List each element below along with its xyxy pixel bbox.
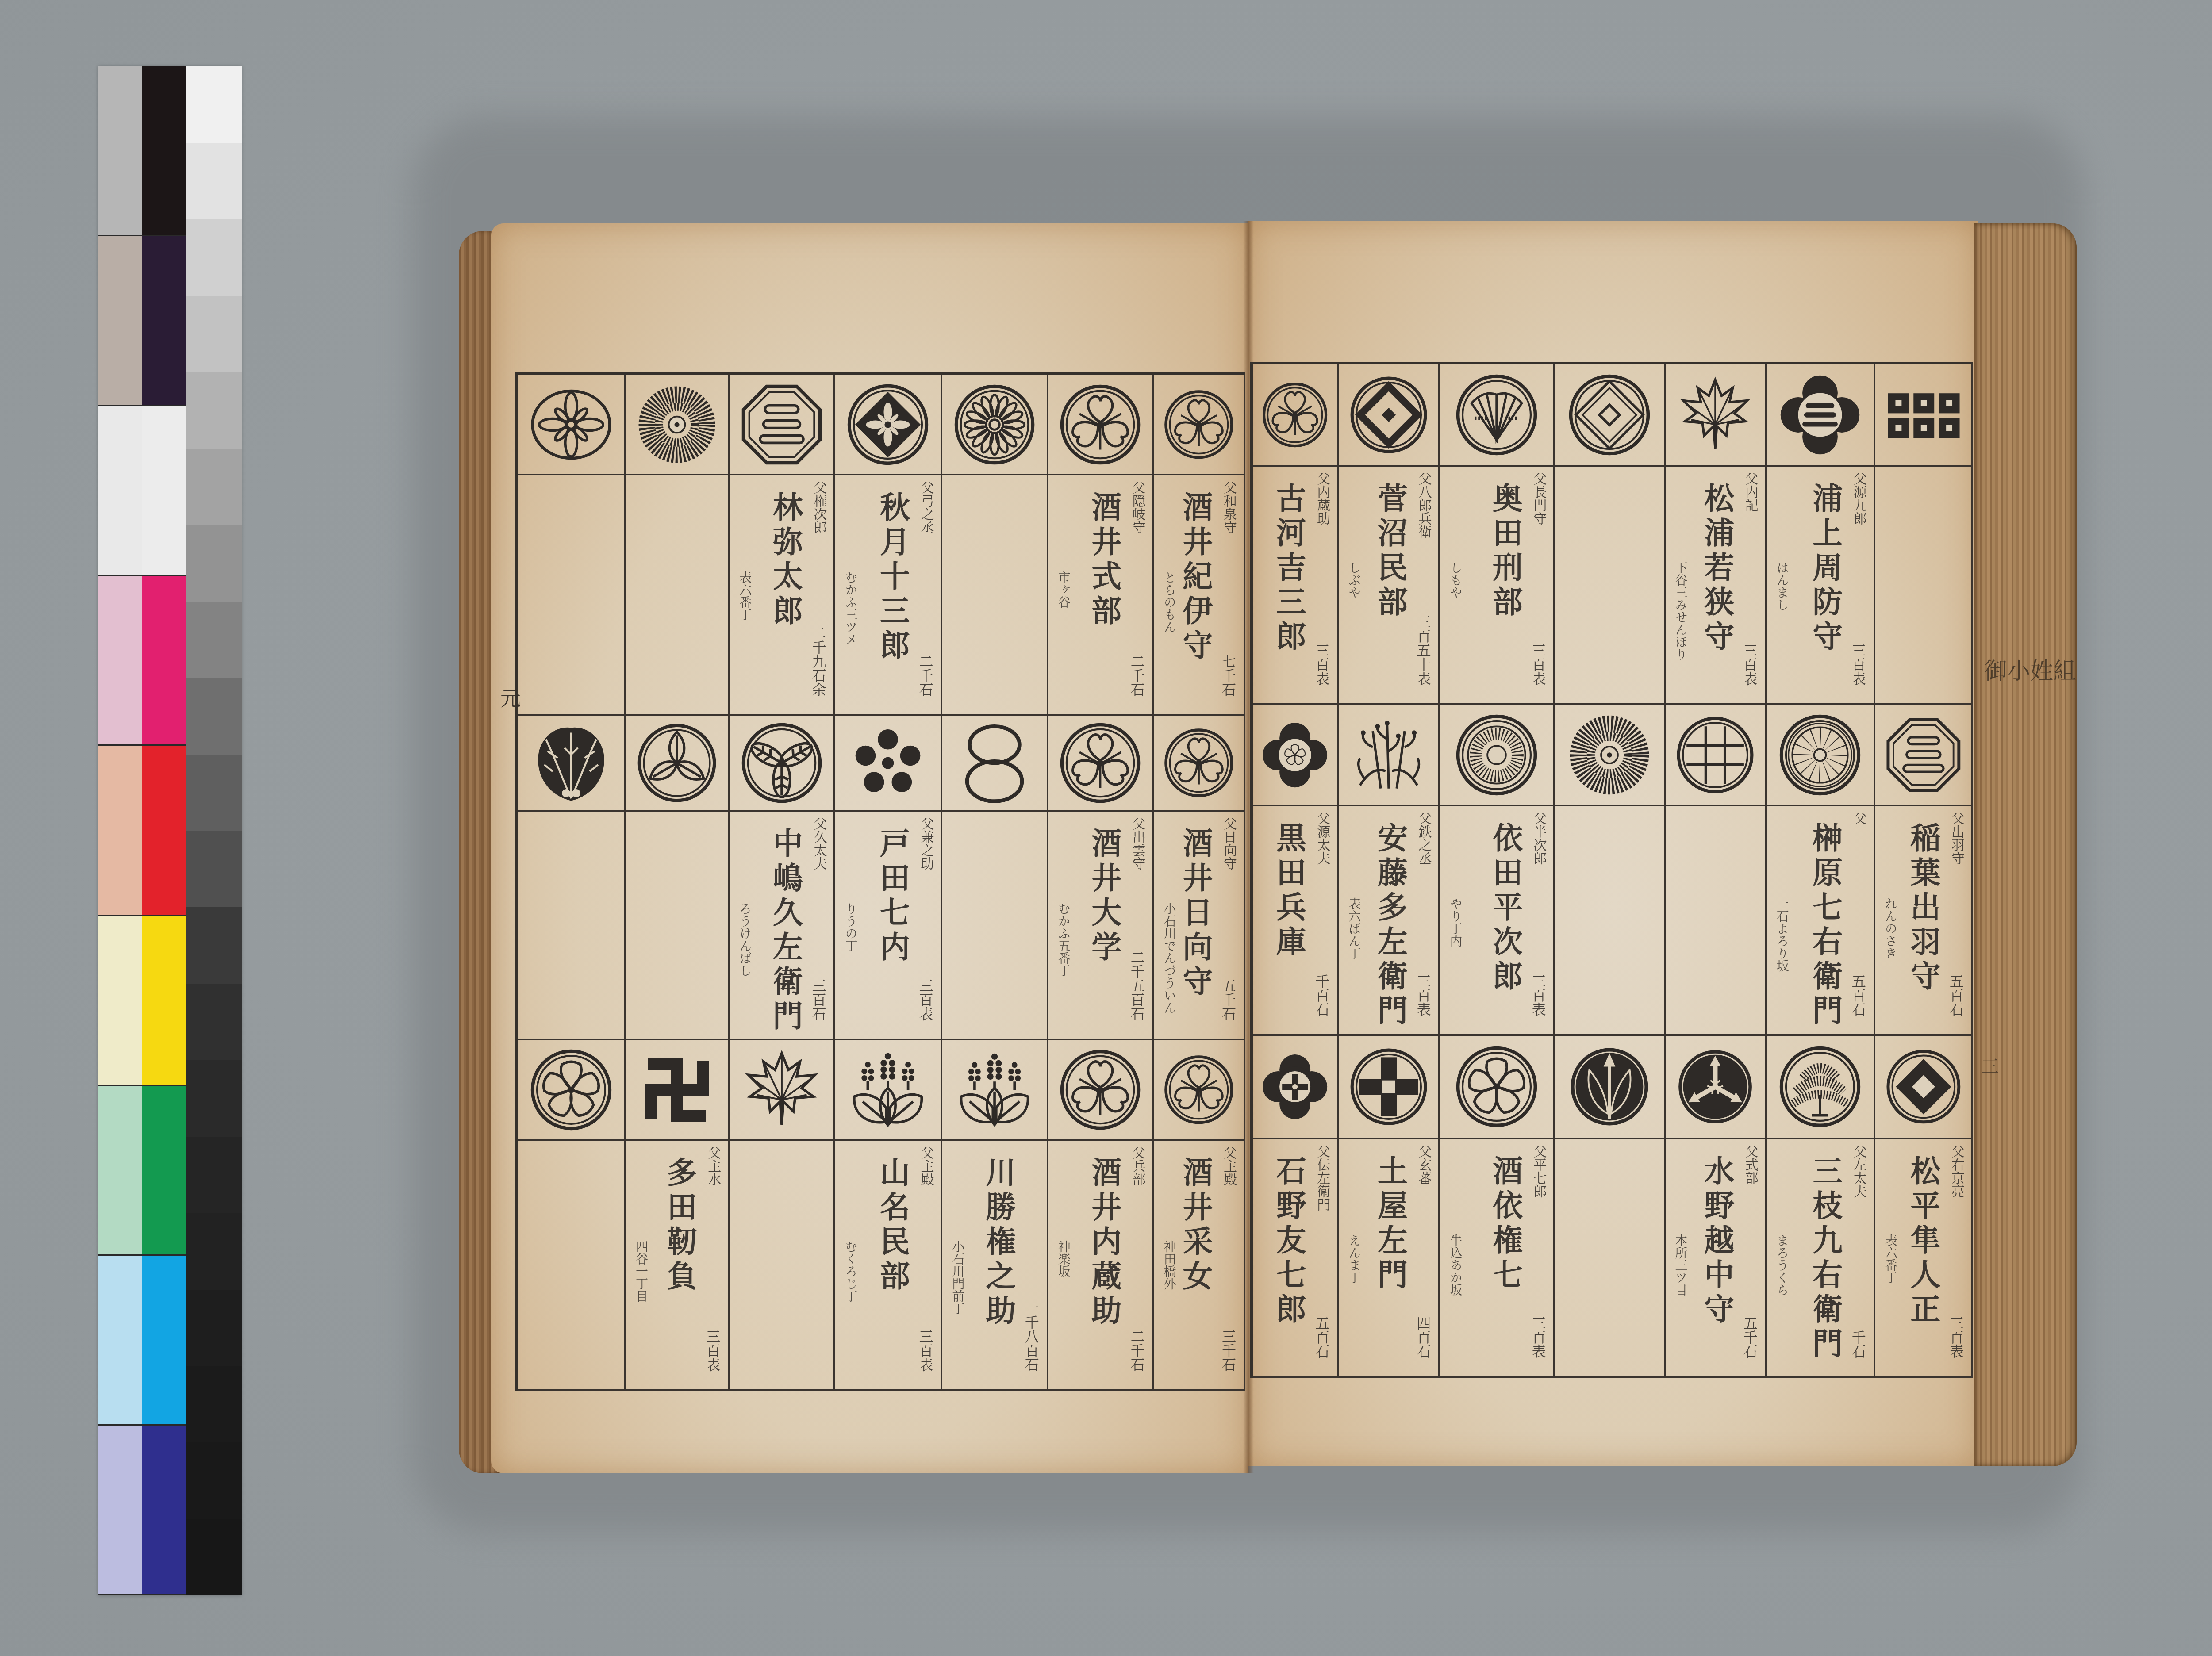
entry-cell-empty — [1666, 806, 1767, 1036]
crest-cell — [730, 375, 835, 475]
entry-cell: 父内蔵助 古河吉三郎 三百表 — [1253, 467, 1339, 705]
crest-cell — [1154, 375, 1245, 475]
entry-cell: 父玄蕃 土屋左門 四百石 えんま丁 — [1339, 1139, 1440, 1378]
stipend-value: 三百表 — [915, 1329, 935, 1372]
color-calibration-chart — [98, 66, 242, 1595]
gray-step — [186, 984, 242, 1060]
crest-cell — [518, 1040, 626, 1141]
father-note: 父日向守 — [1219, 817, 1238, 870]
gray-step — [186, 831, 242, 907]
octagon-three-bars-crest-icon — [1885, 717, 1962, 793]
retainer-name: 三枝九右衛門 — [1804, 1155, 1847, 1362]
wheel-crest-icon — [1778, 713, 1862, 797]
color-swatch — [142, 66, 186, 236]
residence-note: とらのもん — [1160, 571, 1178, 633]
retainer-name: 酒井紀伊守 — [1174, 491, 1217, 664]
father-note: 父源太夫 — [1312, 812, 1332, 865]
retainer-name: 奥田刑部 — [1484, 483, 1527, 621]
residence-note: 本所三ツ目 — [1672, 1234, 1690, 1296]
entry-cell-empty — [1555, 1139, 1665, 1378]
color-swatch — [142, 406, 186, 576]
octagon-three-bars-crest-icon — [740, 383, 823, 466]
retainer-name: 稲葉出羽守 — [1902, 822, 1945, 995]
gray-step — [186, 1137, 242, 1213]
entry-cell: 父兵部 酒井内蔵助 二千石 神楽坂 — [1048, 1141, 1154, 1391]
entry-cell-empty — [518, 1141, 626, 1391]
father-note: 父弓之丞 — [916, 481, 935, 534]
crest-cell — [1440, 705, 1555, 806]
stipend-value: 三百表 — [1740, 643, 1760, 686]
entry-cell: 父隠岐守 酒井式部 二千石 市ヶ谷 — [1048, 475, 1154, 716]
color-swatch — [98, 236, 142, 406]
entry-cell: 父主殿 山名民部 三百表 むくろじ丁 — [835, 1141, 942, 1391]
chart-saturated-column — [142, 66, 186, 1595]
maple-leaf-crest-icon — [740, 1048, 823, 1131]
crest-cell — [942, 1040, 1048, 1141]
retainer-name: 水野越中守 — [1696, 1155, 1739, 1328]
crest-cell — [1767, 364, 1875, 467]
crest-cell — [1666, 1036, 1767, 1139]
entry-cell: 父平七郎 酒依権七 三百表 牛込あか坂 — [1440, 1139, 1555, 1378]
stipend-value: 三百五十表 — [1413, 615, 1433, 686]
color-swatch — [142, 236, 186, 406]
father-note: 父内蔵助 — [1312, 472, 1332, 525]
residence-note: むかふ三ツメ — [841, 571, 859, 645]
retainer-name: 中嶋久左衛門 — [764, 828, 807, 1035]
father-note: 父出雲守 — [1128, 817, 1147, 870]
retainer-name: 松平隼人正 — [1902, 1155, 1945, 1328]
entry-cell-empty — [518, 812, 626, 1040]
residence-note: しぶや — [1345, 561, 1363, 598]
stipend-value: 七千石 — [1218, 654, 1238, 697]
crest-cell — [1440, 364, 1555, 467]
father-note: 父兵部 — [1128, 1146, 1147, 1186]
crest-cell — [1440, 1036, 1555, 1139]
retainer-name: 山名民部 — [871, 1157, 914, 1295]
stipend-value: 二千石 — [915, 654, 935, 697]
double-ring-crest-icon — [953, 721, 1036, 805]
retainer-name: 依田平次郎 — [1484, 822, 1527, 995]
entry-cell: 父日向守 酒井日向守 五千石 小石川でんづういん — [1154, 812, 1245, 1040]
father-note: 父源九郎 — [1849, 472, 1868, 525]
leaf-wreath-crest-icon — [529, 721, 613, 805]
residence-note: 神楽坂 — [1055, 1240, 1072, 1277]
gray-step — [186, 678, 242, 755]
stipend-value: 一千八百石 — [1021, 1301, 1041, 1372]
fore-edge-label: 御小姓組 — [1984, 652, 2076, 686]
fore-edge-mark: 三 — [1981, 1053, 1999, 1078]
three-oak-leaf-crest-icon — [740, 721, 823, 805]
entry-cell: 父長門守 奥田刑部 三百表 しもや — [1440, 467, 1555, 705]
photograph-frame: 元 御小姓組 三 父権次郎 林弥太郎 二千九石余 表六番丁 父弓之丞 秋月十三郎… — [0, 0, 2212, 1656]
father-note: 父八郎兵衛 — [1413, 472, 1433, 538]
retainer-name: 榊原七右衛門 — [1804, 822, 1847, 1029]
paulownia-crest-icon — [846, 1048, 930, 1132]
crest-cell — [942, 375, 1048, 475]
entry-cell: 父兼之助 戸田七内 三百表 りうの丁 — [835, 812, 942, 1040]
stipend-value: 三百表 — [702, 1329, 722, 1372]
entry-cell: 父内記 松浦若狭守 三百表 下谷三みせんほり — [1666, 467, 1767, 705]
residence-note: やり丁内 — [1446, 897, 1464, 947]
entry-cell: 父主殿 酒井采女 三千石 神田橋外 — [1154, 1141, 1245, 1391]
gray-step — [186, 372, 242, 448]
father-note: 父玄蕃 — [1413, 1145, 1433, 1184]
square-diamond-crest-icon — [1885, 1048, 1962, 1125]
residence-note: しもや — [1446, 561, 1464, 598]
gray-step — [186, 525, 242, 602]
retainer-name: 酒井大学 — [1083, 828, 1126, 966]
father-note: 父主殿 — [916, 1146, 935, 1186]
residence-note: むかふ五番丁 — [1055, 902, 1072, 977]
bamboo-grass-crest-icon — [1349, 715, 1429, 795]
residence-note: 表六番丁 — [736, 571, 753, 621]
color-swatch — [98, 576, 142, 746]
color-swatch — [142, 746, 186, 916]
father-note: 父隠岐守 — [1128, 481, 1147, 534]
six-squares-crest-icon — [1885, 376, 1962, 453]
father-note: 父伝左衛門 — [1312, 1145, 1332, 1211]
residence-note: 四谷一丁目 — [632, 1240, 650, 1302]
gray-step — [186, 66, 242, 143]
entry-cell: 父左太夫 三枝九右衛門 千石 まろうくら — [1767, 1139, 1875, 1378]
stipend-value: 三百表 — [915, 978, 935, 1021]
crest-cell — [730, 716, 835, 812]
katabami-crest-icon — [1163, 1054, 1235, 1126]
crest-cell — [1875, 705, 1973, 806]
stipend-value: 二千石 — [1127, 1329, 1147, 1372]
entry-cell-empty — [626, 475, 730, 716]
retainer-name: 古河吉三郎 — [1267, 483, 1310, 655]
retainer-name: 松浦若狭守 — [1696, 483, 1739, 655]
stipend-value: 二千石 — [1127, 654, 1147, 697]
stipend-value: 三百表 — [1848, 643, 1868, 686]
crest-cell — [1253, 364, 1339, 467]
crest-cell — [1767, 1036, 1875, 1139]
stipend-value: 三百表 — [1946, 1316, 1966, 1358]
entry-cell-empty — [942, 812, 1048, 1040]
ornate-wheel-crest-icon — [1455, 713, 1539, 797]
retainer-name: 石野友七郎 — [1267, 1155, 1310, 1328]
entry-cell-empty — [626, 812, 730, 1040]
kikyo-crest-icon — [529, 1048, 613, 1132]
entry-cell: 父出雲守 酒井大学 二千五百石 むかふ五番丁 — [1048, 812, 1154, 1040]
retainer-name: 酒井式部 — [1083, 491, 1126, 629]
color-swatch — [98, 1086, 142, 1256]
retainer-name: 秋月十三郎 — [871, 491, 914, 664]
stipend-value: 二千九石余 — [808, 626, 828, 697]
color-swatch — [142, 1426, 186, 1595]
stipend-value: 三百表 — [1528, 1316, 1548, 1358]
father-note: 父出羽守 — [1947, 812, 1966, 865]
residence-note: 市ヶ谷 — [1055, 571, 1072, 608]
residence-note: 下谷三みせんほり — [1672, 561, 1690, 660]
entry-cell-empty — [730, 1141, 835, 1391]
retainer-name: 川勝権之助 — [977, 1157, 1020, 1329]
mokko-flower-crest-icon — [1261, 721, 1329, 789]
retainer-name: 土屋左門 — [1369, 1155, 1412, 1293]
pine-crest-icon — [1778, 1045, 1862, 1129]
color-swatch — [98, 66, 142, 236]
residence-note: 表六番丁 — [1882, 1234, 1899, 1284]
entry-cell: 父弓之丞 秋月十三郎 二千石 むかふ三ツメ — [835, 475, 942, 716]
entry-cell: 父右京亮 松平隼人正 三百表 表六番丁 — [1875, 1139, 1973, 1378]
leaf-in-dark-circle-crest-icon — [1567, 1045, 1651, 1129]
grid-in-circle-crest-icon — [1675, 715, 1755, 795]
crest-cell — [518, 375, 626, 475]
gray-step — [186, 219, 242, 296]
crest-cell — [1666, 364, 1767, 467]
retainer-name: 多田靭負 — [658, 1157, 701, 1295]
entry-cell-empty — [942, 475, 1048, 716]
kikyo-crest-icon — [1455, 1045, 1539, 1129]
gray-step — [186, 1442, 242, 1519]
entry-cell: 川勝権之助 一千八百石 小石川門前丁 — [942, 1141, 1048, 1391]
entry-cell: 父久太夫 中嶋久左衛門 三百石 ろうけんばし — [730, 812, 835, 1040]
crest-cell — [1875, 1036, 1973, 1139]
retainer-name: 酒井采女 — [1174, 1157, 1217, 1295]
color-swatch — [142, 576, 186, 746]
residence-note: 一石よろり坂 — [1773, 897, 1791, 972]
father-note: 父和泉守 — [1219, 481, 1238, 534]
residence-note: 小石川門前丁 — [949, 1240, 966, 1315]
paulownia-crest-icon — [953, 1048, 1036, 1131]
residence-note: まろうくら — [1773, 1234, 1791, 1296]
stipend-value: 三百表 — [1311, 643, 1332, 686]
color-swatch — [98, 916, 142, 1086]
residence-note: れんのさき — [1882, 897, 1899, 959]
stipend-value: 二千五百石 — [1127, 950, 1147, 1021]
crest-cell — [1555, 705, 1665, 806]
crest-cell — [518, 716, 626, 812]
color-swatch — [142, 916, 186, 1086]
stipend-value: 三千石 — [1218, 1329, 1238, 1372]
crest-cell — [1154, 1040, 1245, 1141]
color-swatch — [98, 406, 142, 576]
entry-cell: 父源九郎 浦上周防守 三百表 はんまし — [1767, 467, 1875, 705]
father-note: 父半次郎 — [1528, 812, 1548, 865]
crest-cell — [626, 375, 730, 475]
crest-cell — [835, 375, 942, 475]
fore-edge-stack — [1974, 223, 2077, 1466]
father-note: 父鉄之丞 — [1413, 812, 1433, 865]
father-note: 父右京亮 — [1947, 1145, 1966, 1198]
residence-note: えんま丁 — [1345, 1234, 1363, 1284]
spiky-cluster-crest-icon — [636, 384, 718, 465]
manji-crest-icon — [636, 1049, 718, 1131]
spiky-cluster-crest-icon — [1567, 713, 1651, 797]
crest-cell — [1555, 364, 1665, 467]
gray-step — [186, 1213, 242, 1290]
gray-step — [186, 602, 242, 678]
gray-step — [186, 448, 242, 525]
katabami-crest-icon — [1261, 381, 1329, 448]
entry-cell: 父八郎兵衛 菅沼民部 三百五十表 しぶや — [1339, 467, 1440, 705]
chrysanthemum-crest-icon — [953, 383, 1036, 466]
gray-step — [186, 1366, 242, 1442]
father-note: 父主殿 — [1219, 1146, 1238, 1186]
mokko-cross-crest-icon — [1261, 1053, 1329, 1120]
residence-note: むくろじ丁 — [841, 1240, 859, 1302]
crest-cell — [942, 716, 1048, 812]
retainer-name: 浦上周防守 — [1804, 483, 1847, 655]
gray-step — [186, 143, 242, 219]
father-note: 父式部 — [1740, 1145, 1760, 1184]
retainer-name: 安藤多左衛門 — [1369, 822, 1412, 1029]
katabami-crest-icon — [1163, 727, 1235, 799]
crest-cell — [1154, 716, 1245, 812]
crest-cell — [1048, 1040, 1154, 1141]
katabami-crest-icon — [1059, 383, 1142, 466]
residence-note: 牛込あか坂 — [1446, 1234, 1464, 1296]
crossed-fans-crest-icon — [1455, 373, 1539, 457]
crest-cell — [1339, 364, 1440, 467]
stipend-value: 五千石 — [1740, 1316, 1760, 1358]
chart-pastel-column — [98, 66, 142, 1595]
retainer-name: 菅沼民部 — [1369, 483, 1412, 621]
katabami-crest-icon — [1059, 721, 1142, 805]
gray-step — [186, 907, 242, 984]
gray-step — [186, 296, 242, 372]
residence-note: ろうけんばし — [736, 902, 753, 977]
bold-diamond-crest-icon — [1349, 375, 1429, 455]
right-page-crest-grid: 父内蔵助 古河吉三郎 三百表 父八郎兵衛 菅沼民部 三百五十表 しぶや 父長門守… — [1250, 362, 1973, 1378]
entry-cell: 父 榊原七右衛門 五百石 一石よろり坂 — [1767, 806, 1875, 1036]
stipend-value: 三百表 — [1413, 974, 1433, 1016]
crest-cell — [1253, 1036, 1339, 1139]
entry-cell: 父式部 水野越中守 五千石 本所三ツ目 — [1666, 1139, 1767, 1378]
left-page-crest-grid: 父権次郎 林弥太郎 二千九石余 表六番丁 父弓之丞 秋月十三郎 二千石 むかふ三… — [515, 372, 1245, 1391]
stipend-value: 五百石 — [1946, 974, 1966, 1016]
chart-gray-scale — [186, 66, 242, 1595]
gray-step — [186, 1060, 242, 1137]
father-note: 父久太夫 — [809, 817, 828, 870]
crest-cell — [1555, 1036, 1665, 1139]
father-note: 父左太夫 — [1849, 1145, 1868, 1198]
entry-cell: 父鉄之丞 安藤多左衛門 三百表 表六ばん丁 — [1339, 806, 1440, 1036]
color-swatch — [142, 1086, 186, 1256]
residence-note: 小石川でんづういん — [1160, 902, 1178, 1014]
entry-cell: 父主水 多田靭負 三百表 四谷一丁目 — [626, 1141, 730, 1391]
mokko-three-bars-crest-icon — [1778, 373, 1862, 457]
retainer-name: 酒井日向守 — [1174, 828, 1217, 1000]
color-swatch — [142, 1256, 186, 1426]
crest-cell — [626, 1040, 730, 1141]
residence-note: はんまし — [1773, 561, 1791, 611]
retainer-name: 黒田兵庫 — [1267, 822, 1310, 960]
residence-note: 神田橋外 — [1160, 1240, 1178, 1290]
stipend-value: 四百石 — [1413, 1316, 1433, 1358]
residence-note: 表六ばん丁 — [1345, 897, 1363, 959]
stipend-value: 千百石 — [1311, 974, 1332, 1016]
father-note: 父 — [1849, 812, 1868, 825]
father-note: 父平七郎 — [1528, 1145, 1548, 1198]
entry-cell-empty — [518, 475, 626, 716]
diamond-flower-crest-icon — [846, 383, 930, 467]
father-note: 父権次郎 — [809, 481, 828, 534]
crest-cell — [1767, 705, 1875, 806]
katabami-crest-icon — [1059, 1048, 1142, 1131]
crest-cell — [730, 1040, 835, 1141]
entry-cell: 父源太夫 黒田兵庫 千百石 — [1253, 806, 1339, 1036]
four-petal-flower-crest-icon — [529, 383, 613, 467]
entry-cell-empty — [1555, 467, 1665, 705]
color-swatch — [98, 746, 142, 916]
entry-cell: 父権次郎 林弥太郎 二千九石余 表六番丁 — [730, 475, 835, 716]
three-arrows-crest-icon — [1675, 1047, 1755, 1127]
color-swatch — [98, 1256, 142, 1426]
stipend-value: 五百石 — [1848, 974, 1868, 1016]
stipend-value: 三百表 — [1528, 643, 1548, 686]
cross-in-circle-crest-icon — [1349, 1047, 1429, 1127]
entry-cell-empty — [1555, 806, 1665, 1036]
stipend-value: 五千石 — [1218, 978, 1238, 1021]
father-note: 父兼之助 — [916, 817, 935, 870]
plum-blossom-crest-icon — [846, 721, 930, 805]
crest-cell — [626, 716, 730, 812]
entry-cell: 父半次郎 依田平次郎 三百表 やり丁内 — [1440, 806, 1555, 1036]
gray-step — [186, 1290, 242, 1366]
katabami-crest-icon — [1163, 389, 1235, 460]
crest-cell — [1253, 705, 1339, 806]
crest-cell — [1875, 364, 1973, 467]
entry-cell: 父出羽守 稲葉出羽守 五百石 れんのさき — [1875, 806, 1973, 1036]
crest-cell — [835, 1040, 942, 1141]
crest-cell — [1339, 1036, 1440, 1139]
crest-cell — [1048, 716, 1154, 812]
diamond-in-circle-crest-icon — [1567, 373, 1651, 457]
father-note: 父長門守 — [1528, 472, 1548, 525]
stipend-value: 千石 — [1848, 1330, 1868, 1358]
retainer-name: 林弥太郎 — [764, 491, 807, 629]
stipend-value: 三百表 — [1528, 974, 1548, 1016]
crest-cell — [1339, 705, 1440, 806]
residence-note: りうの丁 — [841, 902, 859, 952]
father-note: 父主水 — [703, 1146, 722, 1186]
retainer-name: 酒依権七 — [1484, 1155, 1527, 1293]
entry-cell: 父和泉守 酒井紀伊守 七千石 とらのもん — [1154, 475, 1245, 716]
retainer-name: 戸田七内 — [871, 828, 914, 966]
three-leaf-crest-icon — [636, 722, 718, 804]
entry-cell-empty — [1875, 467, 1973, 705]
color-swatch — [98, 1426, 142, 1595]
crest-cell — [1666, 705, 1767, 806]
maple-leaf-crest-icon — [1675, 375, 1755, 455]
stipend-value: 五百石 — [1311, 1316, 1332, 1358]
gray-step — [186, 755, 242, 831]
father-note: 父内記 — [1740, 472, 1760, 512]
entry-cell: 父伝左衛門 石野友七郎 五百石 — [1253, 1139, 1339, 1378]
gray-step — [186, 1519, 242, 1595]
retainer-name: 酒井内蔵助 — [1083, 1157, 1126, 1329]
crest-cell — [1048, 375, 1154, 475]
stipend-value: 三百石 — [808, 978, 828, 1021]
crest-cell — [835, 716, 942, 812]
